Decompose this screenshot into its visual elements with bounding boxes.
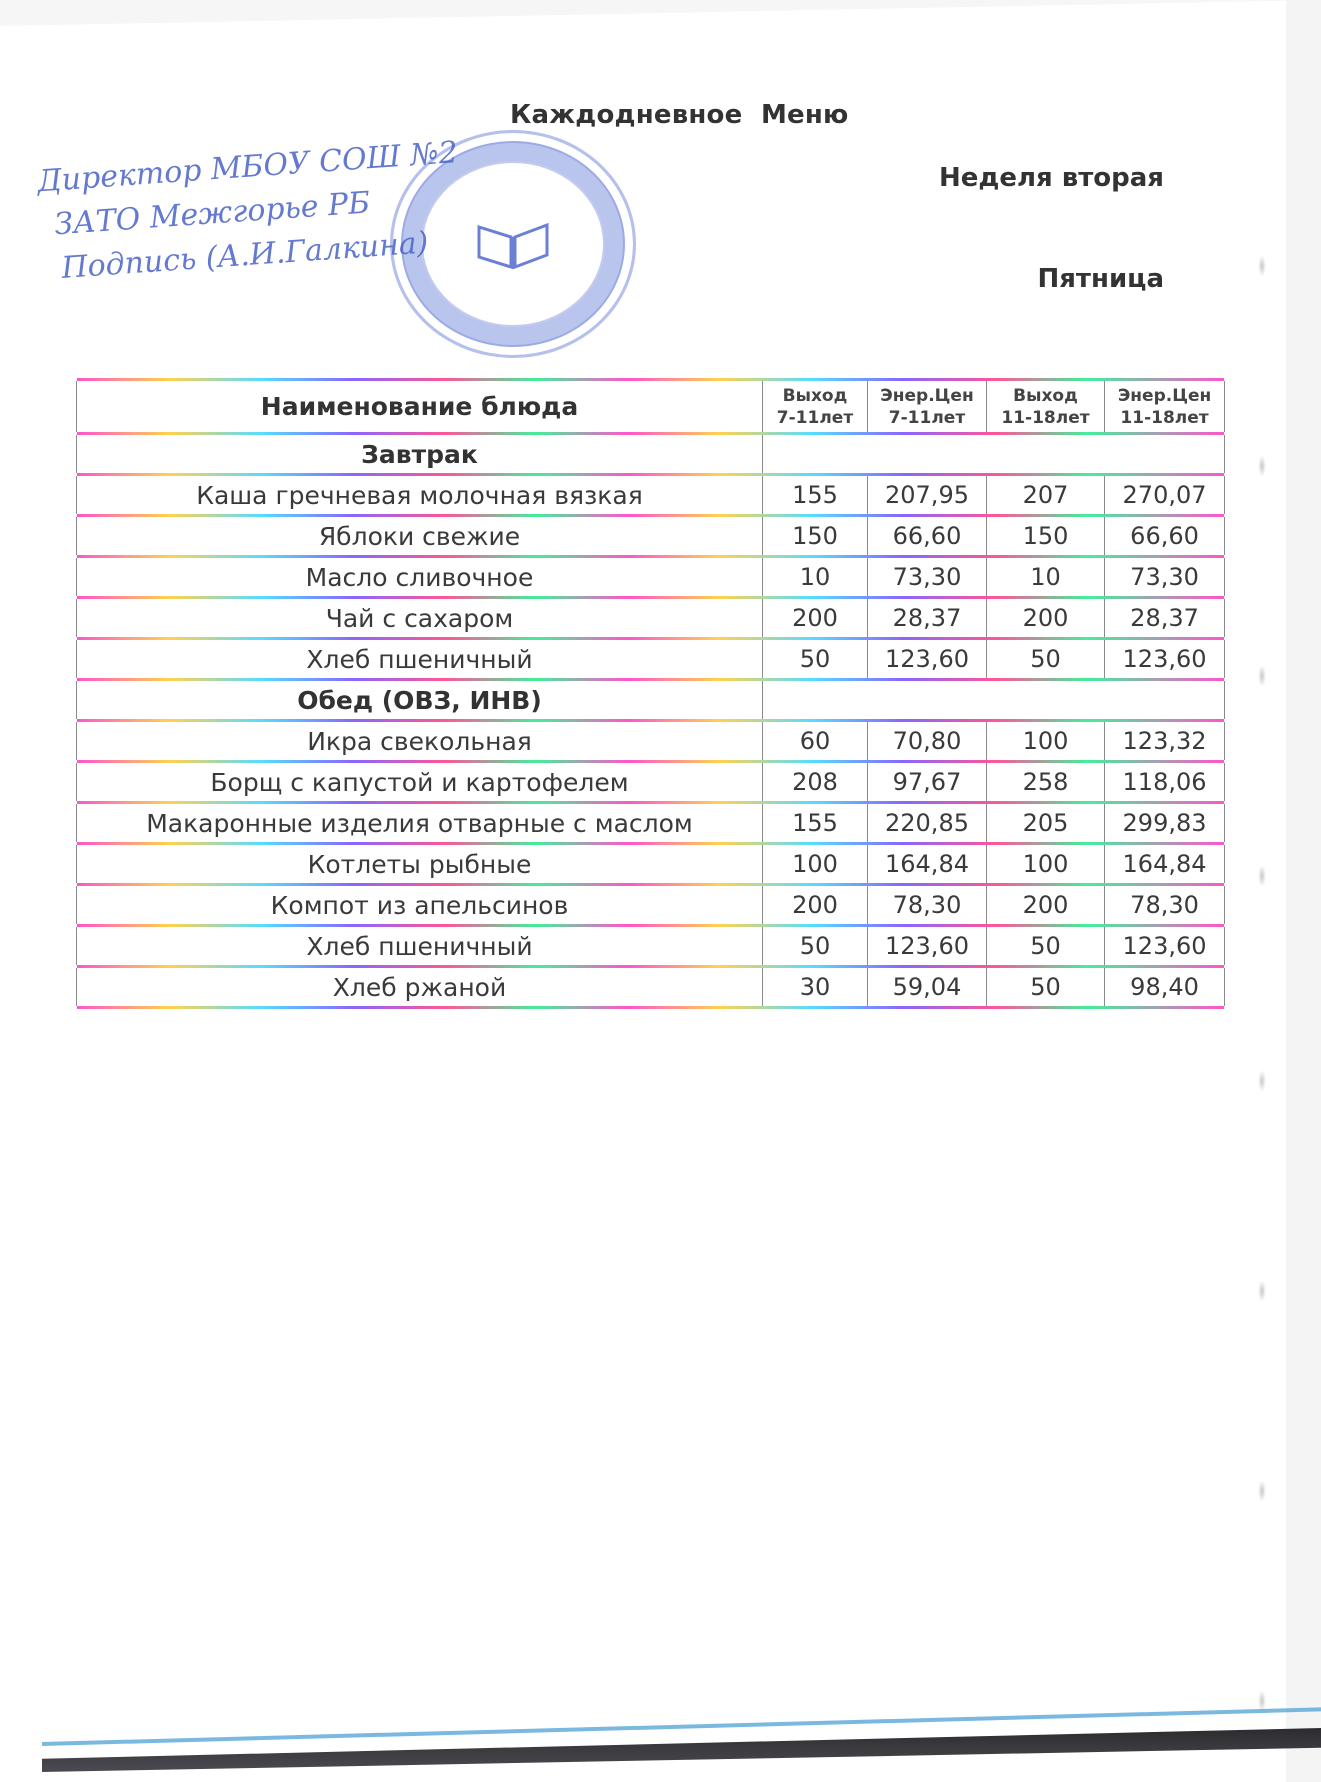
energy-7-11-cell: 207,95	[868, 476, 987, 514]
energy-7-11-cell: 66,60	[868, 517, 987, 555]
yield-7-11-cell: 30	[763, 968, 868, 1006]
energy-11-18-cell: 123,60	[1105, 927, 1225, 965]
yield-11-18-cell: 50	[987, 968, 1105, 1006]
yield-11-18-cell: 200	[987, 599, 1105, 637]
energy-7-11-cell: 123,60	[868, 927, 987, 965]
yield-7-11-cell: 155	[763, 476, 868, 514]
energy-11-18-cell: 98,40	[1105, 968, 1225, 1006]
yield-11-18-cell: 50	[987, 640, 1105, 678]
scan-speck	[1258, 1070, 1266, 1092]
yield-7-11-cell: 10	[763, 558, 868, 596]
section-empty-cell	[763, 681, 1225, 719]
scan-speck	[1258, 865, 1266, 887]
menu-table: Наименование блюда Выход 7-11лет Энер.Це…	[76, 378, 1225, 1009]
table-row: Каша гречневая молочная вязкая155207,952…	[77, 476, 1225, 514]
yield-7-11-cell: 50	[763, 927, 868, 965]
yield-7-11-cell: 100	[763, 845, 868, 883]
yield-11-18-cell: 200	[987, 886, 1105, 924]
header-dish-name: Наименование блюда	[77, 381, 763, 432]
yield-11-18-cell: 207	[987, 476, 1105, 514]
energy-7-11-cell: 220,85	[868, 804, 987, 842]
energy-11-18-cell: 164,84	[1105, 845, 1225, 883]
energy-7-11-cell: 123,60	[868, 640, 987, 678]
table-row: Борщ с капустой и картофелем20897,672581…	[77, 763, 1225, 801]
dish-name: Хлеб пшеничный	[77, 640, 763, 678]
scan-speck	[1258, 1480, 1266, 1502]
energy-11-18-cell: 73,30	[1105, 558, 1225, 596]
scan-speck	[1258, 1280, 1266, 1302]
yield-11-18-cell: 150	[987, 517, 1105, 555]
dish-name: Масло сливочное	[77, 558, 763, 596]
yield-11-18-cell: 258	[987, 763, 1105, 801]
dish-name: Хлеб ржаной	[77, 968, 763, 1006]
energy-11-18-cell: 78,30	[1105, 886, 1225, 924]
yield-7-11-cell: 50	[763, 640, 868, 678]
yield-11-18-cell: 50	[987, 927, 1105, 965]
energy-7-11-cell: 73,30	[868, 558, 987, 596]
energy-11-18-cell: 66,60	[1105, 517, 1225, 555]
energy-11-18-cell: 270,07	[1105, 476, 1225, 514]
section-title: Обед (ОВЗ, ИНВ)	[77, 681, 763, 719]
dish-name: Каша гречневая молочная вязкая	[77, 476, 763, 514]
dish-name: Хлеб пшеничный	[77, 927, 763, 965]
dish-name: Компот из апельсинов	[77, 886, 763, 924]
table-row: Макаронные изделия отварные с маслом1552…	[77, 804, 1225, 842]
book-icon	[473, 215, 553, 271]
table-row: Яблоки свежие15066,6015066,60	[77, 517, 1225, 555]
energy-11-18-cell: 118,06	[1105, 763, 1225, 801]
energy-11-18-cell: 299,83	[1105, 804, 1225, 842]
yield-7-11-cell: 200	[763, 599, 868, 637]
section-title: Завтрак	[77, 435, 763, 473]
energy-7-11-cell: 97,67	[868, 763, 987, 801]
scan-speck	[1258, 255, 1266, 277]
yield-7-11-cell: 208	[763, 763, 868, 801]
energy-7-11-cell: 59,04	[868, 968, 987, 1006]
energy-11-18-cell: 28,37	[1105, 599, 1225, 637]
yield-7-11-cell: 155	[763, 804, 868, 842]
table-row: Хлеб пшеничный50123,6050123,60	[77, 927, 1225, 965]
scan-speck	[1258, 455, 1266, 477]
yield-7-11-cell: 150	[763, 517, 868, 555]
section-row: Обед (ОВЗ, ИНВ)	[77, 681, 1225, 719]
header-yield-7-11: Выход 7-11лет	[763, 381, 868, 432]
document-title: Каждодневное Меню	[510, 100, 849, 130]
yield-11-18-cell: 100	[987, 722, 1105, 760]
header-yield-11-18: Выход 11-18лет	[987, 381, 1105, 432]
dish-name: Макаронные изделия отварные с маслом	[77, 804, 763, 842]
week-label: Неделя вторая	[939, 163, 1164, 193]
table-row: Чай с сахаром20028,3720028,37	[77, 599, 1225, 637]
scan-right-margin	[1286, 0, 1321, 1782]
section-row: Завтрак	[77, 435, 1225, 473]
energy-7-11-cell: 78,30	[868, 886, 987, 924]
scan-speck	[1258, 665, 1266, 687]
yield-7-11-cell: 60	[763, 722, 868, 760]
yield-11-18-cell: 100	[987, 845, 1105, 883]
table-row: Икра свекольная6070,80100123,32	[77, 722, 1225, 760]
yield-7-11-cell: 200	[763, 886, 868, 924]
day-label: Пятница	[1037, 264, 1164, 294]
dish-name: Котлеты рыбные	[77, 845, 763, 883]
table-row: Компот из апельсинов20078,3020078,30	[77, 886, 1225, 924]
energy-11-18-cell: 123,60	[1105, 640, 1225, 678]
header-energy-7-11: Энер.Цен 7-11лет	[868, 381, 987, 432]
table-header-row: Наименование блюда Выход 7-11лет Энер.Це…	[77, 381, 1225, 432]
dish-name: Яблоки свежие	[77, 517, 763, 555]
table-row: Хлеб ржаной3059,045098,40	[77, 968, 1225, 1006]
table-row: Котлеты рыбные100164,84100164,84	[77, 845, 1225, 883]
energy-7-11-cell: 70,80	[868, 722, 987, 760]
dish-name: Икра свекольная	[77, 722, 763, 760]
energy-7-11-cell: 164,84	[868, 845, 987, 883]
dish-name: Борщ с капустой и картофелем	[77, 763, 763, 801]
dish-name: Чай с сахаром	[77, 599, 763, 637]
energy-7-11-cell: 28,37	[868, 599, 987, 637]
header-energy-11-18: Энер.Цен 11-18лет	[1105, 381, 1225, 432]
section-empty-cell	[763, 435, 1225, 473]
table-row: Масло сливочное1073,301073,30	[77, 558, 1225, 596]
yield-11-18-cell: 10	[987, 558, 1105, 596]
yield-11-18-cell: 205	[987, 804, 1105, 842]
energy-11-18-cell: 123,32	[1105, 722, 1225, 760]
table-row: Хлеб пшеничный50123,6050123,60	[77, 640, 1225, 678]
